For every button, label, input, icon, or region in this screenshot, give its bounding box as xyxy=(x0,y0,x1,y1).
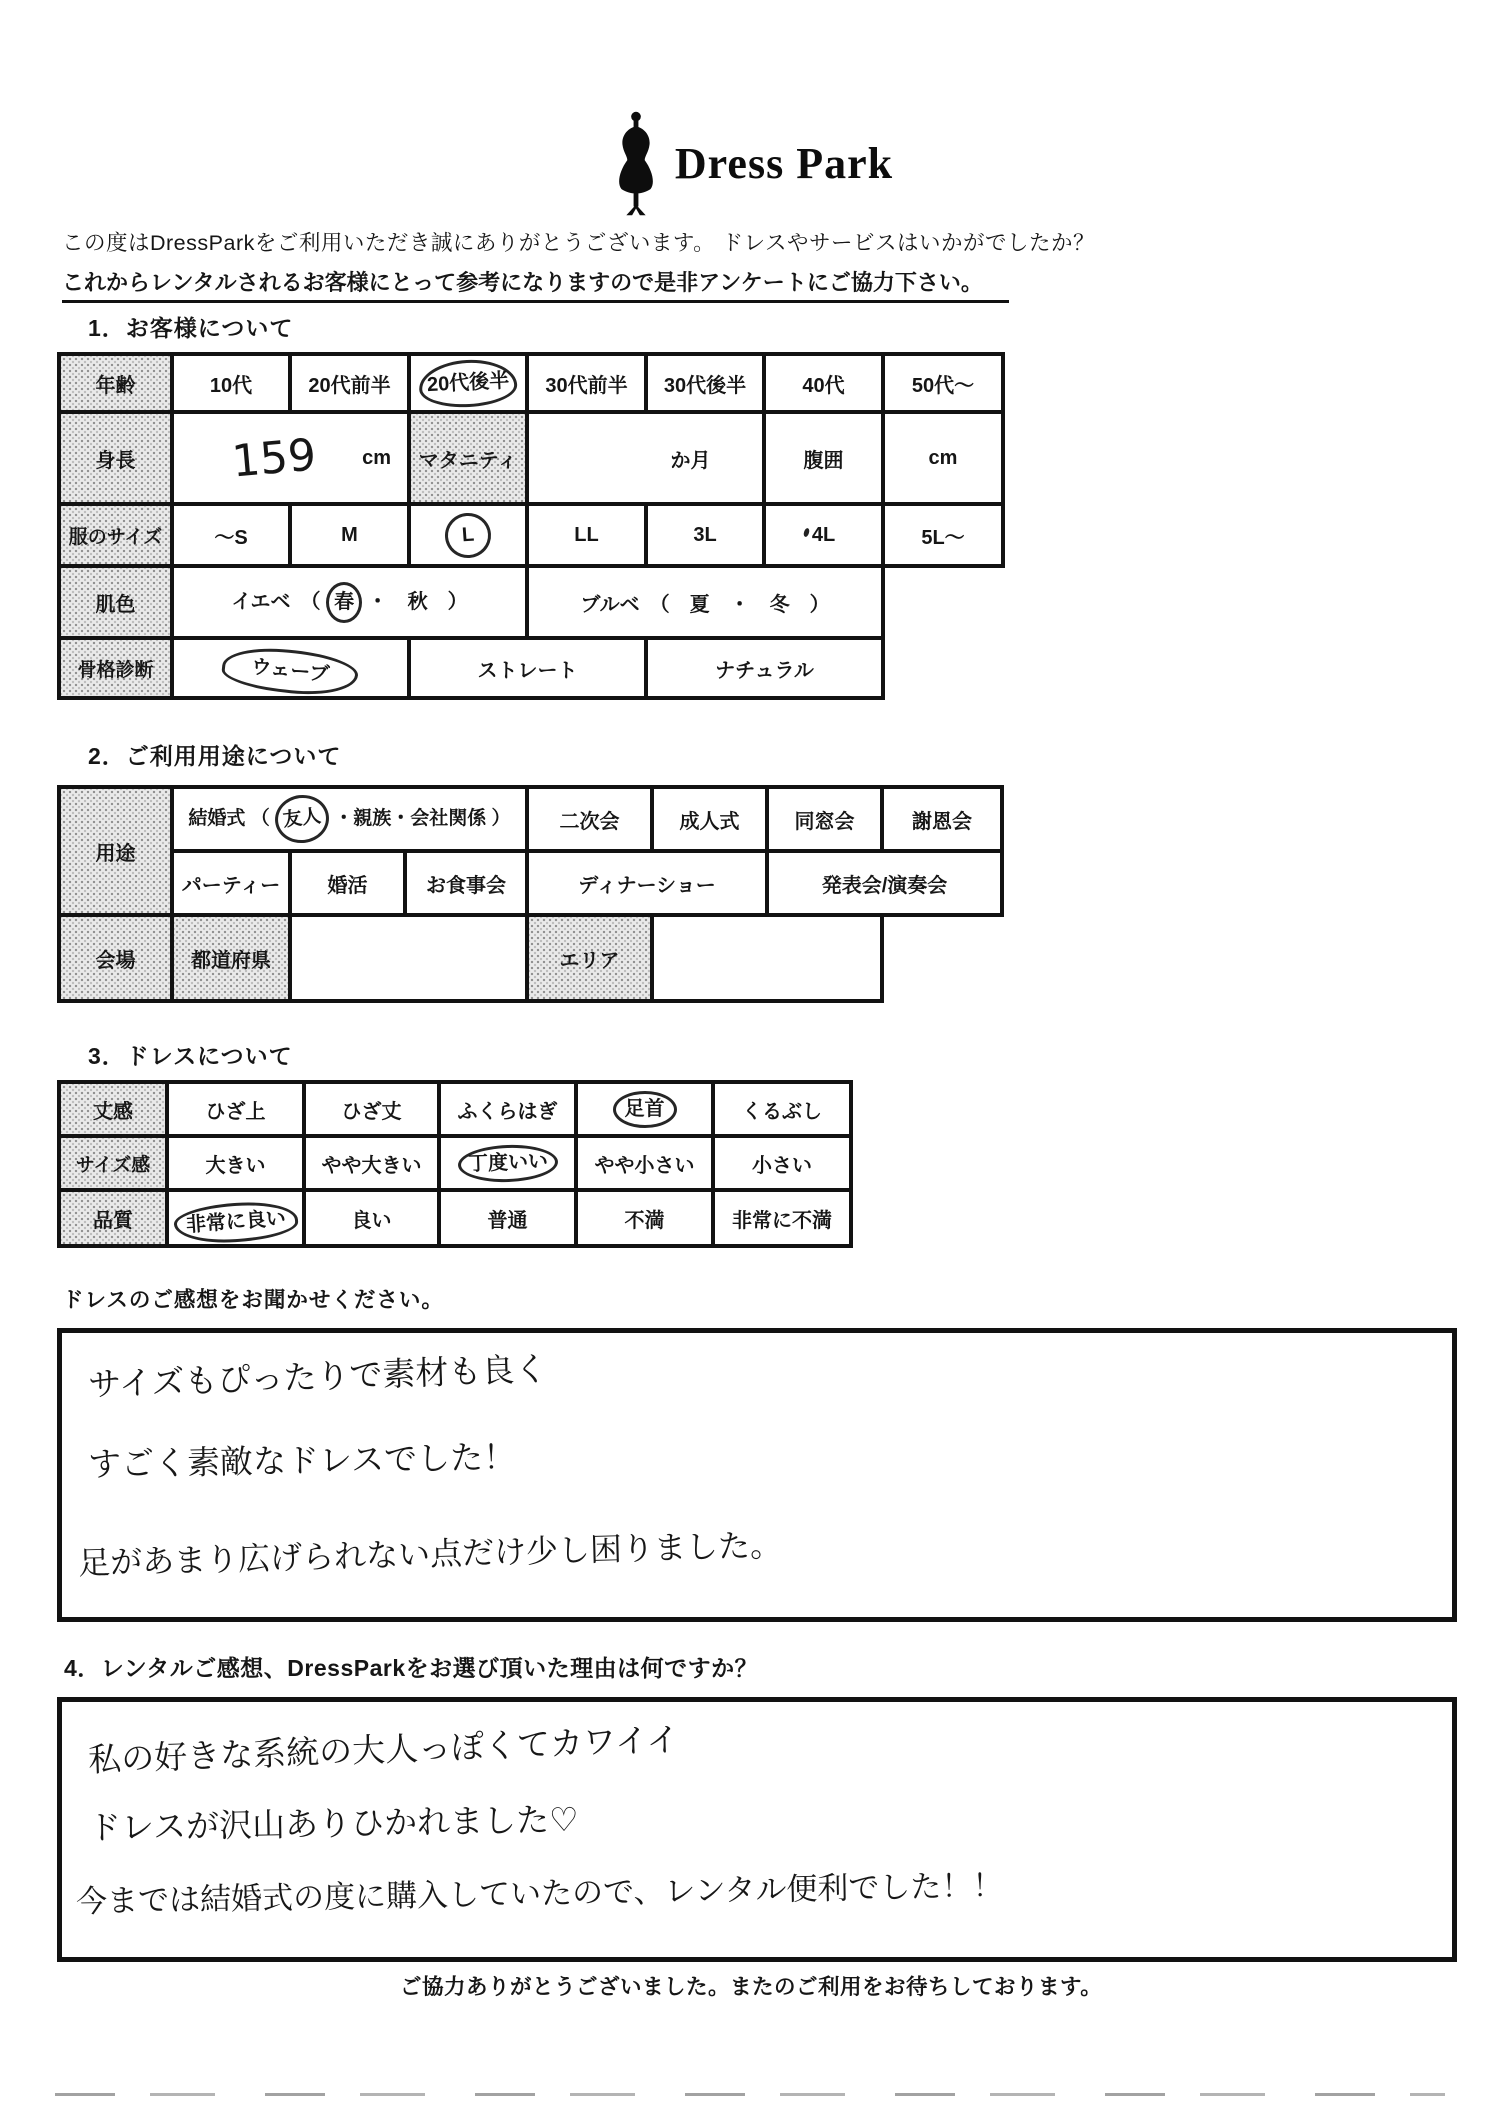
section1-heading: 1．お客様について xyxy=(88,310,293,343)
fit-option-slightly-large: やや大きい xyxy=(304,1136,439,1190)
age-option-20s-late-selected: 20代後半 xyxy=(409,354,527,412)
skeleton-option-straight: ストレート xyxy=(409,638,646,698)
skeleton-option-natural: ナチュラル xyxy=(646,638,883,698)
purpose-option-thanks-party: 謝恩会 xyxy=(882,787,1002,851)
length-label: 丈感 xyxy=(59,1082,167,1136)
height-unit: cm xyxy=(362,447,391,470)
purpose-option-reunion: 同窓会 xyxy=(767,787,882,851)
purpose-option-dinner-meet: お食事会 xyxy=(405,851,527,915)
intro-line1: この度はDressParkをご利用いただき誠にありがとうございます。 ドレスやサ… xyxy=(62,226,1095,257)
brand-name: Dress Park xyxy=(675,138,893,189)
venue-prefecture-blank xyxy=(290,915,527,1001)
height-label: 身長 xyxy=(59,412,172,504)
pen-circle-mark: L xyxy=(443,511,492,559)
section4-heading: 4．レンタルご感想、DressParkをお選び頂いた理由は何ですか？ xyxy=(64,1650,758,1683)
intro-block: この度はDressParkをご利用いただき誠にありがとうございます。 ドレスやサ… xyxy=(62,226,1095,303)
quality-option-normal: 普通 xyxy=(439,1190,576,1246)
venue-prefecture-label: 都道府県 xyxy=(172,915,290,1001)
scan-artifact-line xyxy=(55,2093,1445,2096)
pen-circle-mark: 友人 xyxy=(272,792,331,846)
age-row: 年齢 10代 20代前半 20代後半 30代前半 30代後半 40代 50代～ xyxy=(59,354,1003,412)
dress-table: 丈感 ひざ上 ひざ丈 ふくらはぎ 足首 くるぶし サイズ感 大きい やや大きい … xyxy=(57,1080,853,1248)
handwritten-line: サイズもぴったりで素材も良く xyxy=(87,1343,548,1406)
age-option-30s-early: 30代前半 xyxy=(527,354,646,412)
customer-table: 年齢 10代 20代前半 20代後半 30代前半 30代後半 40代 50代～ … xyxy=(57,352,1005,700)
handwritten-line: ドレスが沢山ありひかれました♡ xyxy=(88,1794,579,1850)
fit-option-slightly-small: やや小さい xyxy=(576,1136,713,1190)
age-option-10s: 10代 xyxy=(172,354,290,412)
purpose-row1: 用途 結婚式 （ 友人 ・親族・会社関係 ） 二次会 成人式 同窓会 謝恩会 xyxy=(59,787,1002,851)
scanned-survey-page: Dress Park この度はDressParkをご利用いただき誠にありがとうご… xyxy=(0,0,1500,2127)
purpose-option-recital: 発表会/演奏会 xyxy=(767,851,1002,915)
length-row: 丈感 ひざ上 ひざ丈 ふくらはぎ 足首 くるぶし xyxy=(59,1082,851,1136)
skeleton-label: 骨格診断 xyxy=(59,638,172,698)
venue-label: 会場 xyxy=(59,915,172,1001)
fit-option-large: 大きい xyxy=(167,1136,304,1190)
height-handwritten-value: 159 xyxy=(230,429,318,487)
size-row: 服のサイズ ～S M L LL 3L 4L 5L～ xyxy=(59,504,1003,566)
pen-circle-mark: 丁度いい xyxy=(457,1143,558,1183)
size-option-5l: 5L～ xyxy=(883,504,1003,566)
size-option-l-selected: L xyxy=(409,504,527,566)
age-option-20s-early: 20代前半 xyxy=(290,354,409,412)
section2-heading: 2．ご利用用途について xyxy=(88,738,341,771)
quality-option-unsatisfied: 不満 xyxy=(576,1190,713,1246)
quality-option-very-unsatisfied: 非常に不満 xyxy=(713,1190,851,1246)
brand-logo: Dress Park xyxy=(0,110,1500,218)
skin-yellow-prefix: イエベ （ xyxy=(231,591,320,613)
age-option-30s-late: 30代後半 xyxy=(646,354,764,412)
reason-box: 私の好きな系統の大人っぽくてカワイイ ドレスが沢山ありひかれました♡ 今までは結… xyxy=(57,1697,1457,1962)
skeleton-row: 骨格診断 ウェーブ ストレート ナチュラル xyxy=(59,638,1003,698)
maternity-months-cell: か月 xyxy=(527,412,764,504)
section3-heading: 3．ドレスについて xyxy=(88,1038,293,1071)
quality-option-very-good-selected: 非常に良い xyxy=(167,1190,304,1246)
length-option-above-knee: ひざ上 xyxy=(167,1082,304,1136)
closing-message: ご協力ありがとうございました。またのご利用をお待ちしております。 xyxy=(400,1970,1102,2001)
maternity-cell: マタニティ xyxy=(409,412,527,504)
fit-option-small: 小さい xyxy=(713,1136,851,1190)
size-option-3l: 3L xyxy=(646,504,764,566)
skin-blue-base-cell: ブルベ （ 夏 ・ 冬 ） xyxy=(527,566,883,638)
skin-yellow-base-cell: イエベ （ 春 ・ 秋 ） xyxy=(172,566,527,638)
pen-circle-mark: 春 xyxy=(326,582,362,623)
pen-circle-mark: 20代後半 xyxy=(418,357,519,409)
age-label: 年齢 xyxy=(59,354,172,412)
venue-area-blank xyxy=(652,915,882,1001)
fit-label: サイズ感 xyxy=(59,1136,167,1190)
dress-form-icon xyxy=(607,110,665,218)
feedback-box: サイズもぴったりで素材も良く すごく素敵なドレスでした！ 足があまり広げられない… xyxy=(57,1328,1457,1622)
purpose-option-konkatsu: 婚活 xyxy=(290,851,405,915)
intro-line2-underlined: これからレンタルされるお客様にとって参考になりますので是非アンケートにご協力下さ… xyxy=(62,266,1009,303)
pen-circle-mark: ウェーブ xyxy=(221,642,361,699)
handwritten-line: すごく素敵なドレスでした！ xyxy=(88,1431,517,1485)
length-option-knee: ひざ丈 xyxy=(304,1082,439,1136)
height-row: 身長 159 cm マタニティ か月 腹囲 cm xyxy=(59,412,1003,504)
purpose-option-dinner-show: ディナーショー xyxy=(527,851,767,915)
length-option-calf: ふくらはぎ xyxy=(439,1082,576,1136)
waist-label: 腹囲 xyxy=(764,412,883,504)
quality-label: 品質 xyxy=(59,1190,167,1246)
purpose-option-coming-of-age: 成人式 xyxy=(652,787,767,851)
length-option-anklebone: くるぶし xyxy=(713,1082,851,1136)
venue-area-label: エリア xyxy=(527,915,652,1001)
purpose-option-afterparty: 二次会 xyxy=(527,787,652,851)
empty-region xyxy=(882,915,1002,1001)
purpose-option-party: パーティー xyxy=(172,851,290,915)
quality-row: 品質 非常に良い 良い 普通 不満 非常に不満 xyxy=(59,1190,851,1246)
empty-region xyxy=(883,566,1003,638)
skin-row: 肌色 イエベ （ 春 ・ 秋 ） ブルベ （ 夏 ・ 冬 ） xyxy=(59,566,1003,638)
feedback-prompt: ドレスのご感想をお聞かせください。 xyxy=(62,1283,444,1314)
size-option-ll: LL xyxy=(527,504,646,566)
pen-circle-mark: 非常に良い xyxy=(172,1198,298,1246)
size-option-m: M xyxy=(290,504,409,566)
size-label: 服のサイズ xyxy=(59,504,172,566)
handwritten-line: 私の好きな系統の大人っぽくてカワイイ xyxy=(87,1714,680,1782)
pen-circle-mark: 足首 xyxy=(613,1091,677,1128)
length-option-ankle-selected: 足首 xyxy=(576,1082,713,1136)
handwritten-line: 足があまり広げられない点だけ少し困りました。 xyxy=(78,1520,783,1584)
skin-label: 肌色 xyxy=(59,566,172,638)
size-option-4l: 4L xyxy=(764,504,883,566)
wedding-prefix: 結婚式 （ xyxy=(188,808,269,829)
age-option-40s: 40代 xyxy=(764,354,883,412)
purpose-row2: パーティー 婚活 お食事会 ディナーショー 発表会/演奏会 xyxy=(59,851,1002,915)
size-option-s: ～S xyxy=(172,504,290,566)
empty-region xyxy=(883,638,1003,698)
quality-option-good: 良い xyxy=(304,1190,439,1246)
purpose-wedding-cell: 結婚式 （ 友人 ・親族・会社関係 ） xyxy=(172,787,527,851)
age-option-50s: 50代～ xyxy=(883,354,1003,412)
fit-row: サイズ感 大きい やや大きい 丁度いい やや小さい 小さい xyxy=(59,1136,851,1190)
fit-option-just-right-selected: 丁度いい xyxy=(439,1136,576,1190)
venue-row: 会場 都道府県 エリア xyxy=(59,915,1002,1001)
skeleton-option-wave-selected: ウェーブ xyxy=(172,638,409,698)
waist-unit: cm xyxy=(883,412,1003,504)
usage-table: 用途 結婚式 （ 友人 ・親族・会社関係 ） 二次会 成人式 同窓会 謝恩会 パ… xyxy=(57,785,1004,1003)
height-value-cell: 159 cm xyxy=(172,412,409,504)
wedding-suffix: ・親族・会社関係 ） xyxy=(334,808,510,829)
skin-yellow-suffix: ・ 秋 ） xyxy=(368,591,468,613)
purpose-label: 用途 xyxy=(59,787,172,915)
handwritten-line: 今までは結婚式の度に購入していたので、レンタル便利でした！！ xyxy=(76,1860,1004,1921)
